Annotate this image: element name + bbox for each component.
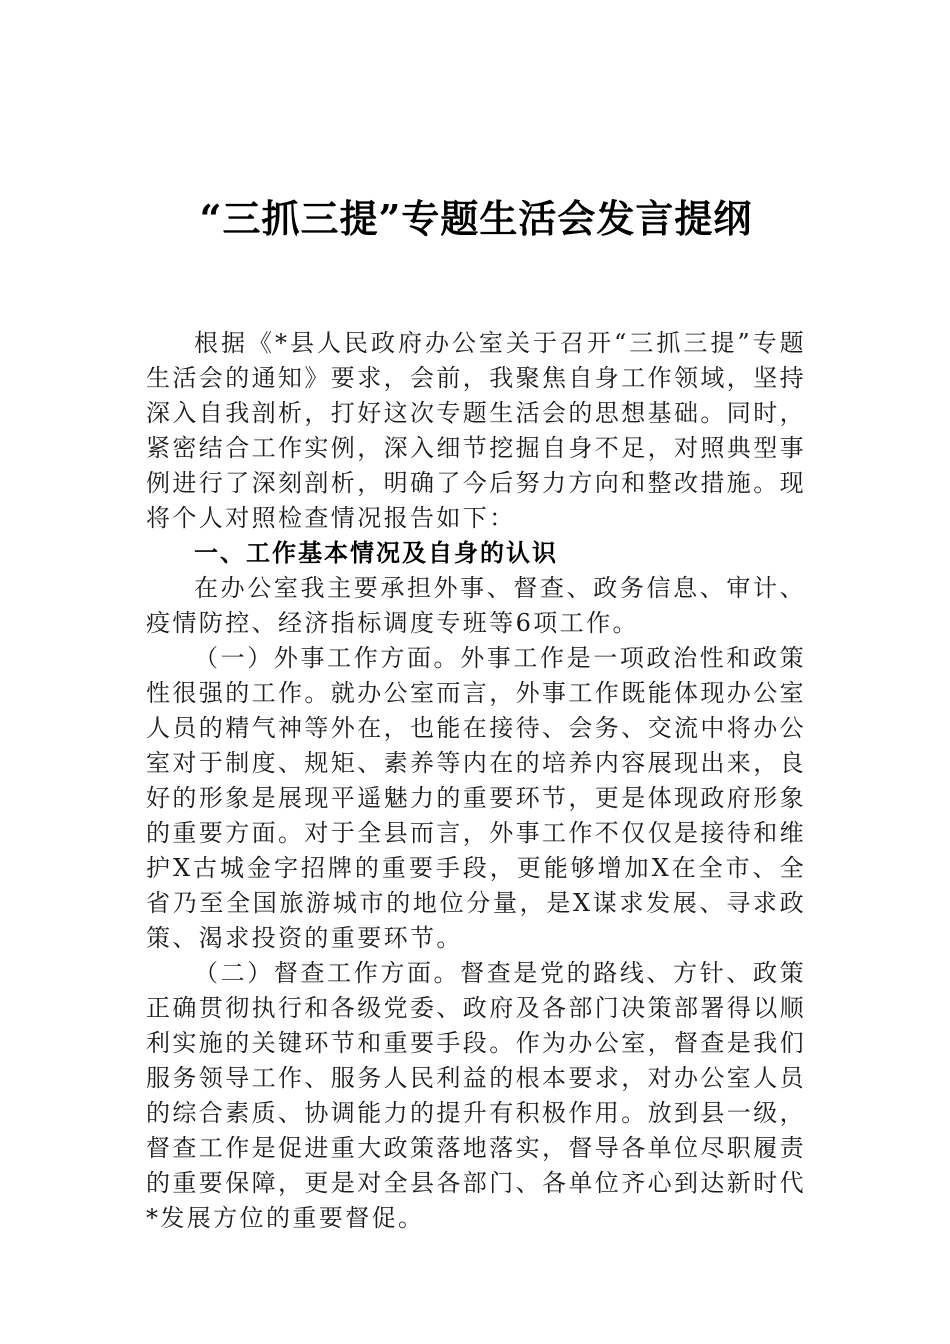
document-title: “三抓三提”专题生活会发言提纲 [146, 194, 806, 244]
document-page: “三抓三提”专题生活会发言提纲 根据《*县人民政府办公室关于召开“三抓三提”专题… [0, 0, 950, 1344]
section-heading: 一、工作基本情况及自身的认识 [146, 536, 806, 571]
paragraph: 在办公室我主要承担外事、督查、政务信息、审计、疫情防控、经济指标调度专班等6项工… [146, 571, 806, 641]
document-content: “三抓三提”专题生活会发言提纲 根据《*县人民政府办公室关于召开“三抓三提”专题… [146, 194, 806, 1236]
paragraph-lead: （二）督查工作方面。 [194, 959, 460, 987]
document-body: 根据《*县人民政府办公室关于召开“三抓三提”专题生活会的通知》要求，会前，我聚焦… [146, 326, 806, 1236]
paragraph: （二）督查工作方面。督查是党的路线、方针、政策正确贯彻执行和各级党委、政府及各部… [146, 956, 806, 1236]
paragraph-lead: （一）外事工作方面。 [194, 644, 460, 672]
paragraph: （一）外事工作方面。外事工作是一项政治性和政策性很强的工作。就办公室而言，外事工… [146, 641, 806, 956]
paragraph: 根据《*县人民政府办公室关于召开“三抓三提”专题生活会的通知》要求，会前，我聚焦… [146, 326, 806, 536]
